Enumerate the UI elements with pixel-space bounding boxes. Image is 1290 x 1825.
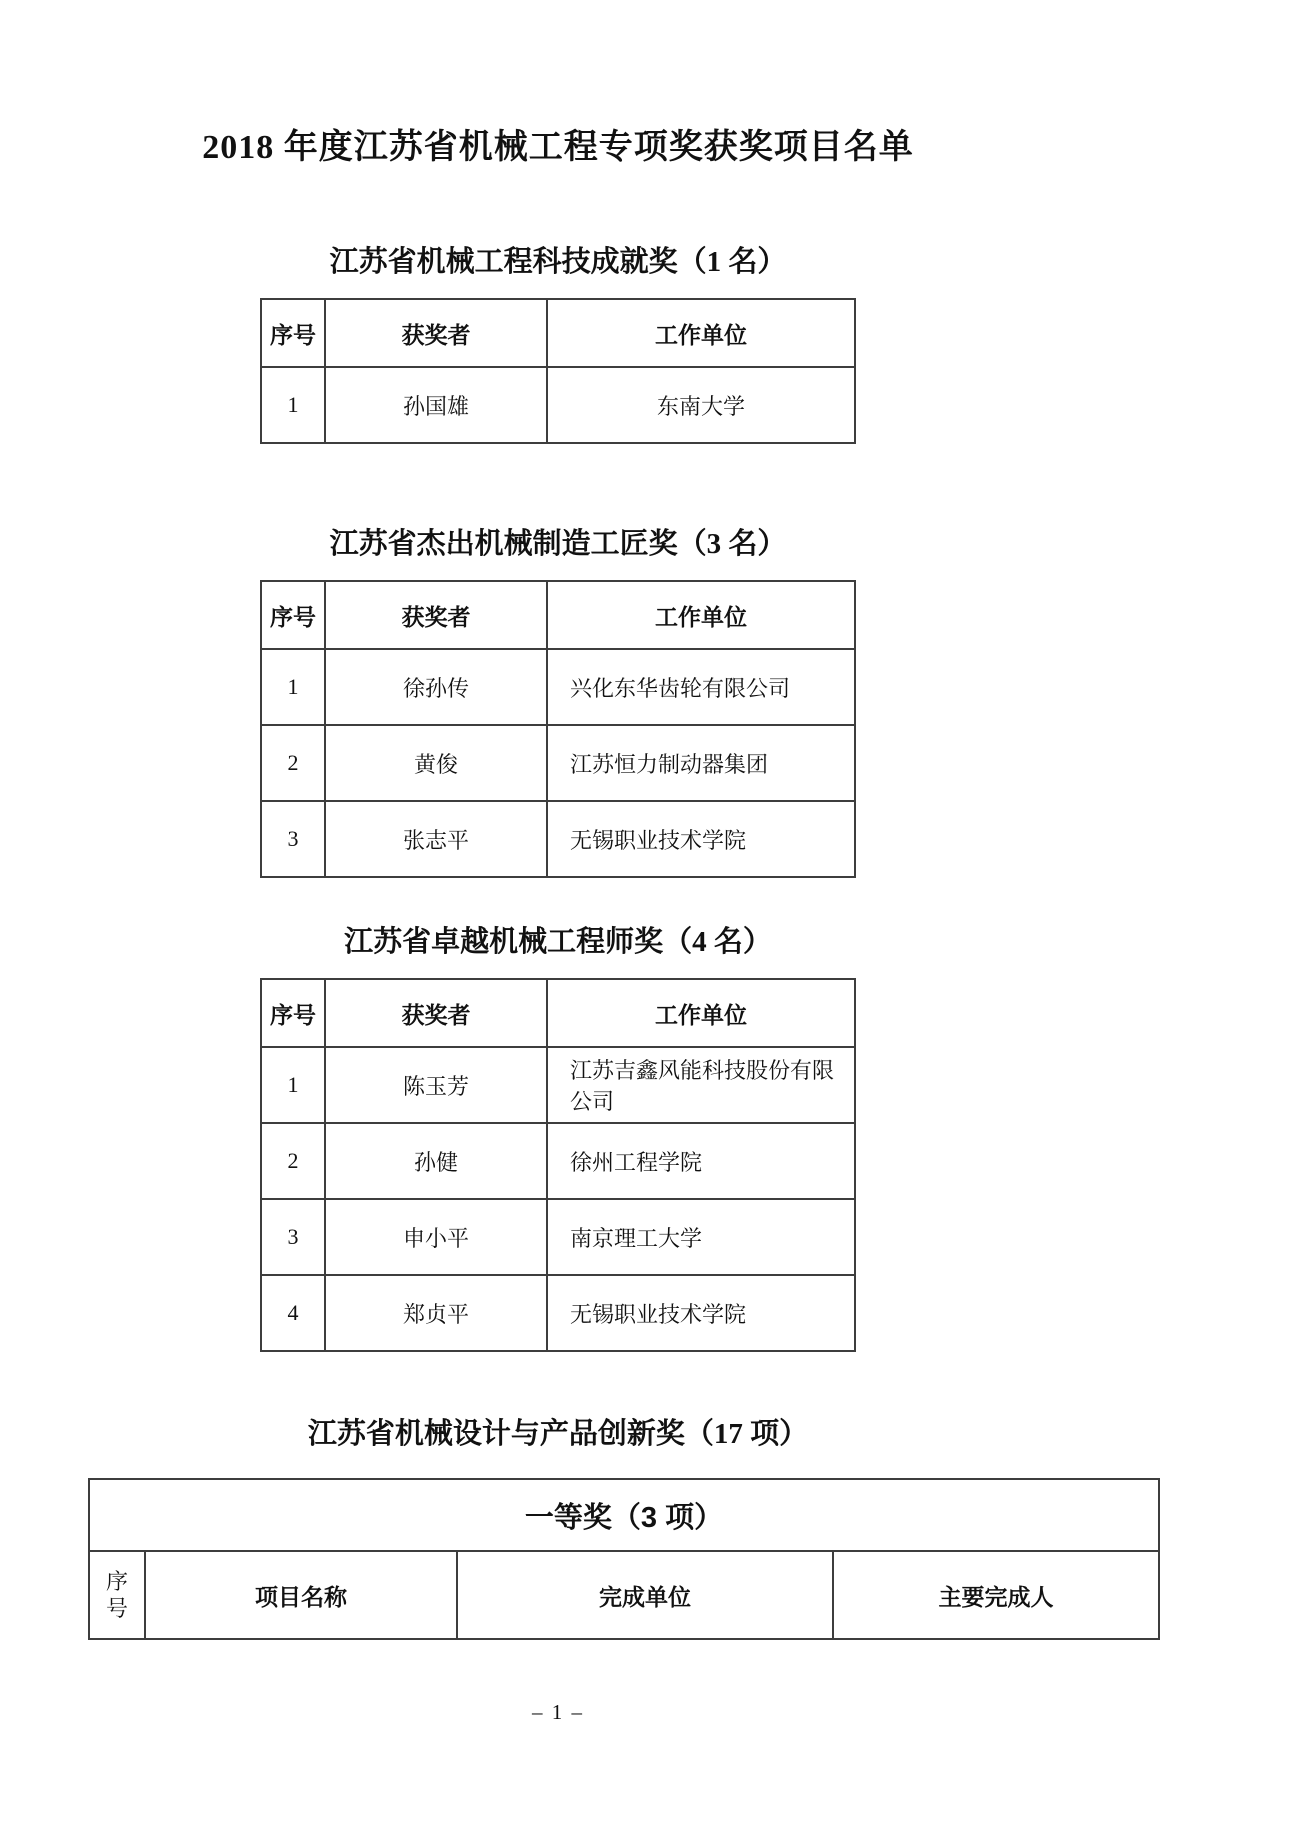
column-header-unit: 工作单位 <box>547 979 855 1047</box>
column-header-serial: 序号 <box>261 581 325 649</box>
unit-cell: 江苏恒力制动器集团 <box>547 725 855 801</box>
unit-cell: 徐州工程学院 <box>547 1123 855 1199</box>
serial-cell: 3 <box>261 801 325 877</box>
table-header-row: 序号 获奖者 工作单位 <box>261 979 855 1047</box>
table-row: 1 徐孙传 兴化东华齿轮有限公司 <box>261 649 855 725</box>
table-header-row: 序号 获奖者 工作单位 <box>261 299 855 367</box>
table-row: 1 孙国雄 东南大学 <box>261 367 855 443</box>
serial-cell: 1 <box>261 649 325 725</box>
page-number: – 1 – <box>88 1700 1028 1725</box>
table-row: 3 申小平 南京理工大学 <box>261 1199 855 1275</box>
achievement-award-table: 序号 获奖者 工作单位 1 孙国雄 东南大学 <box>260 298 856 444</box>
winner-cell: 张志平 <box>325 801 547 877</box>
serial-cell: 1 <box>261 367 325 443</box>
serial-cell: 4 <box>261 1275 325 1351</box>
table-row: 4 郑贞平 无锡职业技术学院 <box>261 1275 855 1351</box>
section-heading-craftsman-award: 江苏省杰出机械制造工匠奖（3 名） <box>88 524 1028 564</box>
column-header-unit: 工作单位 <box>547 581 855 649</box>
column-header-serial: 序号 <box>89 1551 145 1639</box>
column-header-unit: 工作单位 <box>547 299 855 367</box>
unit-cell: 东南大学 <box>547 367 855 443</box>
unit-cell: 兴化东华齿轮有限公司 <box>547 649 855 725</box>
unit-cell: 南京理工大学 <box>547 1199 855 1275</box>
section-heading-achievement-award: 江苏省机械工程科技成就奖（1 名） <box>88 242 1028 282</box>
serial-cell: 2 <box>261 725 325 801</box>
winner-cell: 徐孙传 <box>325 649 547 725</box>
winner-cell: 郑贞平 <box>325 1275 547 1351</box>
table-row: 3 张志平 无锡职业技术学院 <box>261 801 855 877</box>
page-title: 2018 年度江苏省机械工程专项奖获奖项目名单 <box>88 0 1028 170</box>
winner-cell: 陈玉芳 <box>325 1047 547 1123</box>
unit-cell: 无锡职业技术学院 <box>547 801 855 877</box>
column-header-winner: 获奖者 <box>325 979 547 1047</box>
table-header-row: 序号 项目名称 完成单位 主要完成人 <box>89 1551 1159 1639</box>
column-header-completing-unit: 完成单位 <box>457 1551 833 1639</box>
document-page: 2018 年度江苏省机械工程专项奖获奖项目名单 江苏省机械工程科技成就奖（1 名… <box>0 0 1290 1825</box>
winner-cell: 孙健 <box>325 1123 547 1199</box>
serial-cell: 2 <box>261 1123 325 1199</box>
table-row: 2 黄俊 江苏恒力制动器集团 <box>261 725 855 801</box>
unit-cell: 江苏吉鑫风能科技股份有限公司 <box>547 1047 855 1123</box>
table-row: 2 孙健 徐州工程学院 <box>261 1123 855 1199</box>
engineer-award-table: 序号 获奖者 工作单位 1 陈玉芳 江苏吉鑫风能科技股份有限公司 2 孙健 徐州… <box>260 978 856 1352</box>
winner-cell: 申小平 <box>325 1199 547 1275</box>
column-header-serial: 序号 <box>261 299 325 367</box>
serial-cell: 1 <box>261 1047 325 1123</box>
table-header-row: 序号 获奖者 工作单位 <box>261 581 855 649</box>
craftsman-award-table: 序号 获奖者 工作单位 1 徐孙传 兴化东华齿轮有限公司 2 黄俊 江苏恒力制动… <box>260 580 856 878</box>
serial-cell: 3 <box>261 1199 325 1275</box>
section-heading-engineer-award: 江苏省卓越机械工程师奖（4 名） <box>88 922 1028 962</box>
unit-cell: 无锡职业技术学院 <box>547 1275 855 1351</box>
grade-header-cell: 一等奖（3 项） <box>89 1479 1159 1551</box>
table-row: 1 陈玉芳 江苏吉鑫风能科技股份有限公司 <box>261 1047 855 1123</box>
column-header-project-name: 项目名称 <box>145 1551 457 1639</box>
column-header-winner: 获奖者 <box>325 581 547 649</box>
design-innovation-award-table: 一等奖（3 项） 序号 项目名称 完成单位 主要完成人 <box>88 1478 1160 1640</box>
column-header-serial: 序号 <box>261 979 325 1047</box>
winner-cell: 孙国雄 <box>325 367 547 443</box>
column-header-winner: 获奖者 <box>325 299 547 367</box>
grade-header-row: 一等奖（3 项） <box>89 1479 1159 1551</box>
section-heading-design-innovation-award: 江苏省机械设计与产品创新奖（17 项） <box>88 1414 1028 1454</box>
winner-cell: 黄俊 <box>325 725 547 801</box>
column-header-main-contributors: 主要完成人 <box>833 1551 1159 1639</box>
